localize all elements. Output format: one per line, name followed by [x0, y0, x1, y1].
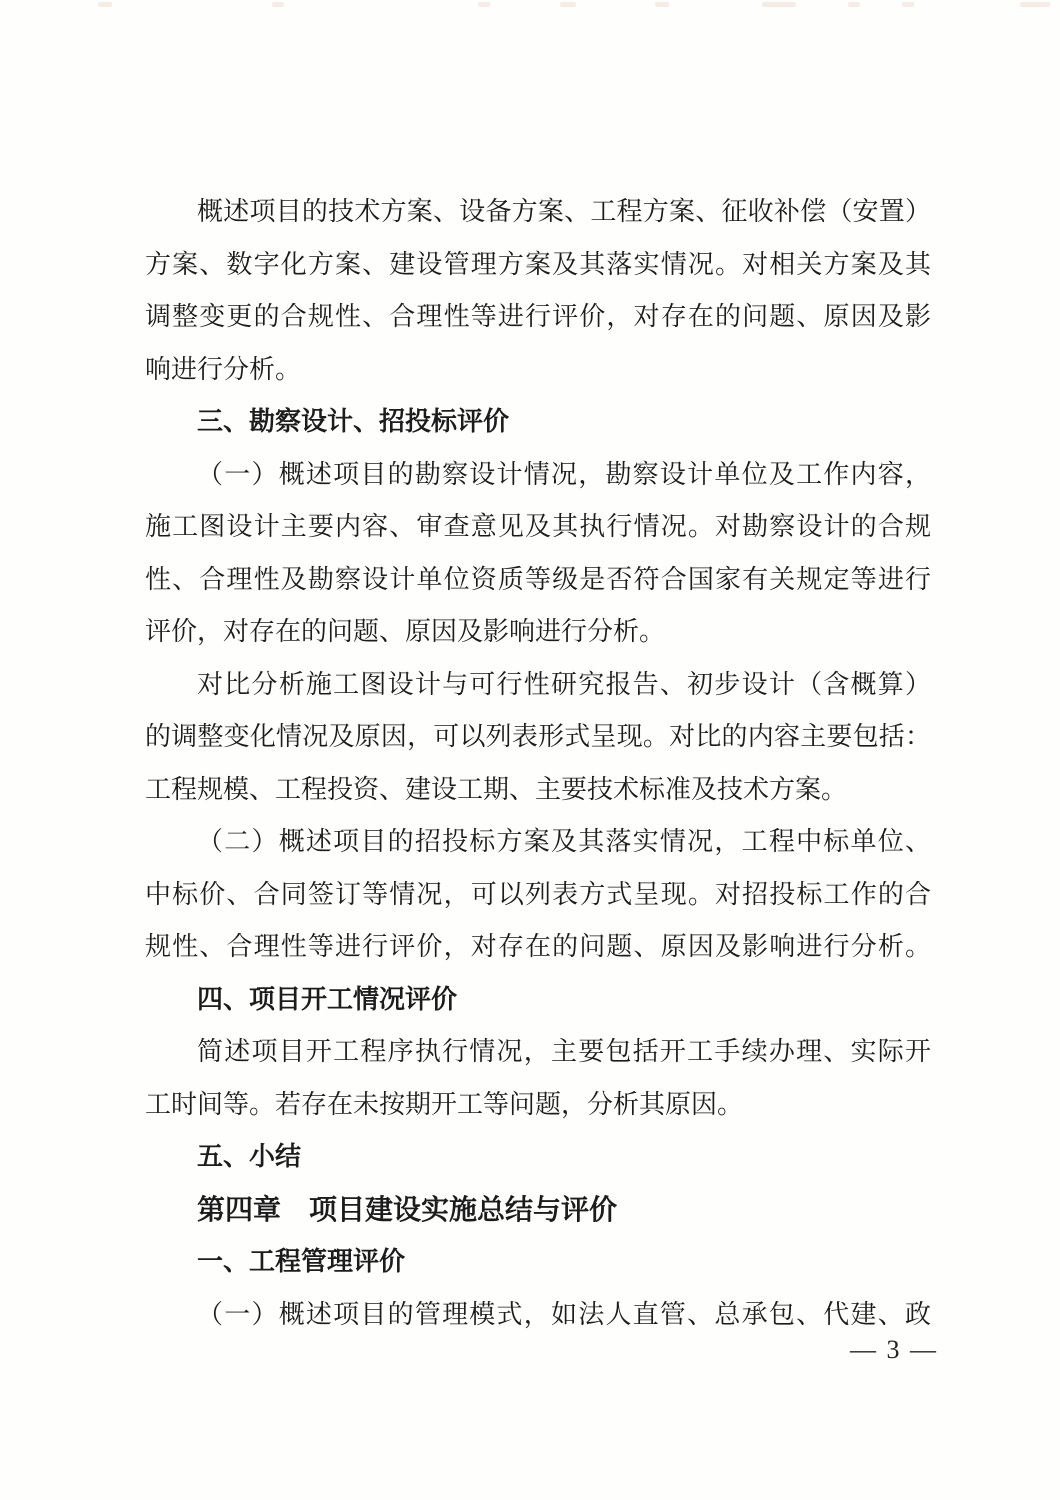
scan-artifacts [0, 0, 1060, 14]
text-line: 工时间等。若存在未按期开工等问题，分析其原因。 [145, 1079, 931, 1132]
document-body: 概述项目的技术方案、设备方案、工程方案、征收补偿（安置）方案、数字化方案、建设管… [145, 186, 931, 1341]
scan-artifact [655, 2, 669, 7]
document-page: { "document": { "lines": [ {"text": "概述项… [0, 0, 1060, 1500]
text-line: （一）概述项目的管理模式，如法人直管、总承包、代建、政 [145, 1289, 931, 1342]
text-line: 调整变更的合规性、合理性等进行评价，对存在的问题、原因及影 [145, 291, 931, 344]
section-heading: 五、小结 [145, 1131, 931, 1184]
text-line: 对比分析施工图设计与可行性研究报告、初步设计（含概算） [145, 659, 931, 712]
text-line: 简述项目开工程序执行情况，主要包括开工手续办理、实际开 [145, 1026, 931, 1079]
section-heading: 四、项目开工情况评价 [145, 974, 931, 1027]
scan-artifact [272, 2, 284, 7]
text-line: 施工图设计主要内容、审查意见及其执行情况。对勘察设计的合规 [145, 501, 931, 554]
scan-artifact [848, 2, 860, 7]
scan-artifact [478, 2, 490, 7]
scanned-page: 概述项目的技术方案、设备方案、工程方案、征收补偿（安置）方案、数字化方案、建设管… [0, 0, 1060, 1500]
text-line: 评价，对存在的问题、原因及影响进行分析。 [145, 606, 931, 659]
scan-artifact [1020, 2, 1050, 7]
scan-artifact [98, 2, 112, 7]
scan-artifact [560, 2, 576, 7]
scan-artifact [902, 2, 914, 7]
text-line: 性、合理性及勘察设计单位资质等级是否符合国家有关规定等进行 [145, 554, 931, 607]
section-heading: 一、工程管理评价 [145, 1236, 931, 1289]
chapter-heading: 第四章 项目建设实施总结与评价 [145, 1184, 931, 1237]
text-line: 方案、数字化方案、建设管理方案及其落实情况。对相关方案及其 [145, 239, 931, 292]
text-line: 工程规模、工程投资、建设工期、主要技术标准及技术方案。 [145, 764, 931, 817]
section-heading: 三、勘察设计、招投标评价 [145, 396, 931, 449]
text-line: 响进行分析。 [145, 344, 931, 397]
text-line: 规性、合理性等进行评价，对存在的问题、原因及影响进行分析。 [145, 921, 931, 974]
text-line: （二）概述项目的招投标方案及其落实情况，工程中标单位、 [145, 816, 931, 869]
page-number: — 3 — [850, 1330, 938, 1370]
scan-artifact [762, 2, 796, 7]
text-line: 中标价、合同签订等情况，可以列表方式呈现。对招投标工作的合 [145, 869, 931, 922]
text-line: （一）概述项目的勘察设计情况，勘察设计单位及工作内容， [145, 449, 931, 502]
text-line: 的调整变化情况及原因，可以列表形式呈现。对比的内容主要包括： [145, 711, 931, 764]
text-line: 概述项目的技术方案、设备方案、工程方案、征收补偿（安置） [145, 186, 931, 239]
